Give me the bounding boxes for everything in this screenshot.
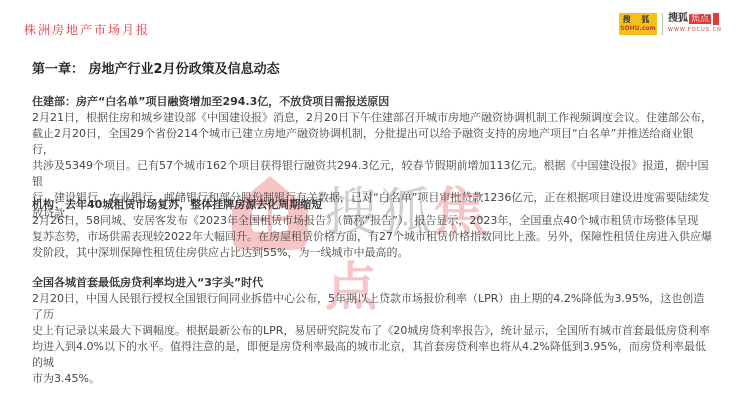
- section-heading: 住建部：房产“白名单”项目融资增加至294.3亿，不放贷项目需报送原因: [32, 94, 712, 110]
- focus-logo-url: WWW.FOCUS.CN: [668, 25, 722, 35]
- section-heading: 机构：去年40城租赁市场复苏，整体挂牌房源去化周期缩短: [32, 197, 712, 213]
- logo-divider: [662, 13, 663, 35]
- paragraph-line: 2月20日，中国人民银行授权全国银行间同业拆借中心公布，5年期以上贷款市场报价利…: [32, 291, 712, 323]
- chapter-title: 第一章： 房地产行业2月份政策及信息动态: [32, 58, 280, 77]
- paragraph-line: 均进入到4.0%以下的水平。值得注意的是，即便是房贷利率最高的城市北京，其首套房…: [32, 339, 712, 371]
- logo-group: 搜 狐 SOHU.com 搜狐 焦点 WWW.FOCUS.CN: [619, 12, 722, 36]
- focus-logo-tag-icon: [713, 13, 719, 25]
- sohu-logo: 搜 狐 SOHU.com: [619, 13, 657, 35]
- paragraph-line: 截止2月20日，全国29个省份214个城市已建立房地产融资协调机制，分批提出可以…: [32, 126, 712, 158]
- focus-logo: 搜狐 焦点 WWW.FOCUS.CN: [668, 13, 722, 35]
- paragraph-line: 复苏态势，市场供需表现较2022年大幅回升。在房屋租赁价格方面，有27个城市租赁…: [32, 229, 712, 245]
- sohu-logo-name: 搜 狐: [623, 15, 654, 24]
- focus-logo-name: 搜狐: [668, 14, 688, 24]
- paragraph-line: 史上有记录以来最大下调幅度。根据最新公布的LPR，易居研究院发布了《20城房贷利…: [32, 323, 712, 339]
- paragraph-line: 市为3.45%。: [32, 371, 712, 387]
- section-heading: 全国各城首套最低房贷利率均进入“3字头”时代: [32, 275, 712, 291]
- section-rental-market: 机构：去年40城租赁市场复苏，整体挂牌房源去化周期缩短 2月26日，58同城、安…: [32, 197, 712, 261]
- paragraph-line: 2月21日，根据住房和城乡建设部《中国建设报》消息，2月20日下午住建部召开城市…: [32, 110, 712, 126]
- focus-logo-brand: 焦点: [689, 14, 711, 24]
- paragraph-line: 共涉及5349个项目。已有57个城市162个项目获得银行融资共294.3亿元，较…: [32, 158, 712, 190]
- section-mortgage-rates: 全国各城首套最低房贷利率均进入“3字头”时代 2月20日，中国人民银行授权全国银…: [32, 275, 712, 387]
- sohu-logo-domain: SOHU.com: [620, 24, 656, 33]
- paragraph-line: 发阶段，其中深圳保障性租赁住房供应占比达到55%，为一线城市中最高的。: [32, 245, 712, 261]
- paragraph-line: 2月26日，58同城、安居客发布《2023年全国租赁市场报告》（简称“报告”）。…: [32, 213, 712, 229]
- report-title: 株洲房地产市场月报: [24, 21, 150, 38]
